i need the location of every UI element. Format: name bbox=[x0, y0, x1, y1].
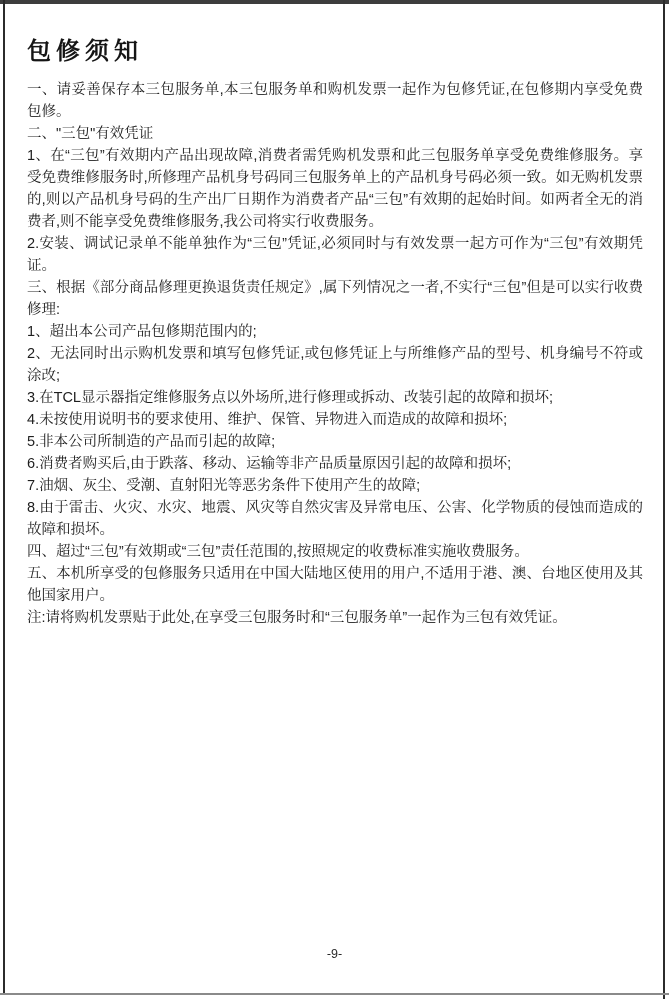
paragraph: 8.由于雷击、火灾、水灾、地震、风灾等自然灾害及异常电压、公害、化学物质的侵蚀而… bbox=[27, 497, 643, 541]
paragraph: 1、在“三包”有效期内产品出现故障,消费者需凭购机发票和此三包服务单享受免费维修… bbox=[27, 145, 643, 233]
paragraph: 注:请将购机发票贴于此处,在享受三包服务时和“三包服务单”一起作为三包有效凭证。 bbox=[27, 607, 643, 629]
paragraph: 二、"三包"有效凭证 bbox=[27, 123, 643, 145]
paragraph: 2.安装、调试记录单不能单独作为“三包”凭证,必须同时与有效发票一起方可作为“三… bbox=[27, 233, 643, 277]
manual-page: 包修须知 一、请妥善保存本三包服务单,本三包服务单和购机发票一起作为包修凭证,在… bbox=[0, 0, 669, 999]
page-border-right bbox=[663, 0, 665, 999]
paragraph: 2、无法同时出示购机发票和填写包修凭证,或包修凭证上与所维修产品的型号、机身编号… bbox=[27, 343, 643, 387]
page-number: -9- bbox=[0, 947, 669, 961]
paragraph: 6.消费者购买后,由于跌落、移动、运输等非产品质量原因引起的故障和损坏; bbox=[27, 453, 643, 475]
page-border-left bbox=[3, 0, 5, 994]
page-content: 包修须知 一、请妥善保存本三包服务单,本三包服务单和购机发票一起作为包修凭证,在… bbox=[27, 38, 643, 629]
warranty-notice-body: 一、请妥善保存本三包服务单,本三包服务单和购机发票一起作为包修凭证,在包修期内享… bbox=[27, 79, 643, 629]
paragraph: 7.油烟、灰尘、受潮、直射阳光等恶劣条件下使用产生的故障; bbox=[27, 475, 643, 497]
page-border-bottom bbox=[0, 993, 669, 995]
paragraph: 4.未按使用说明书的要求使用、维护、保管、异物进入而造成的故障和损坏; bbox=[27, 409, 643, 431]
paragraph: 四、超过“三包”有效期或“三包”责任范围的,按照规定的收费标准实施收费服务。 bbox=[27, 541, 643, 563]
page-border-top bbox=[0, 0, 669, 4]
paragraph: 一、请妥善保存本三包服务单,本三包服务单和购机发票一起作为包修凭证,在包修期内享… bbox=[27, 79, 643, 123]
paragraph: 5.非本公司所制造的产品而引起的故障; bbox=[27, 431, 643, 453]
paragraph: 三、根据《部分商品修理更换退货责任规定》,属下列情况之一者,不实行“三包”但是可… bbox=[27, 277, 643, 321]
paragraph: 五、本机所享受的包修服务只适用在中国大陆地区使用的用户,不适用于港、澳、台地区使… bbox=[27, 563, 643, 607]
paragraph: 3.在TCL显示器指定维修服务点以外场所,进行修理或拆动、改装引起的故障和损坏; bbox=[27, 387, 643, 409]
page-title: 包修须知 bbox=[27, 38, 643, 66]
paragraph: 1、超出本公司产品包修期范围内的; bbox=[27, 321, 643, 343]
